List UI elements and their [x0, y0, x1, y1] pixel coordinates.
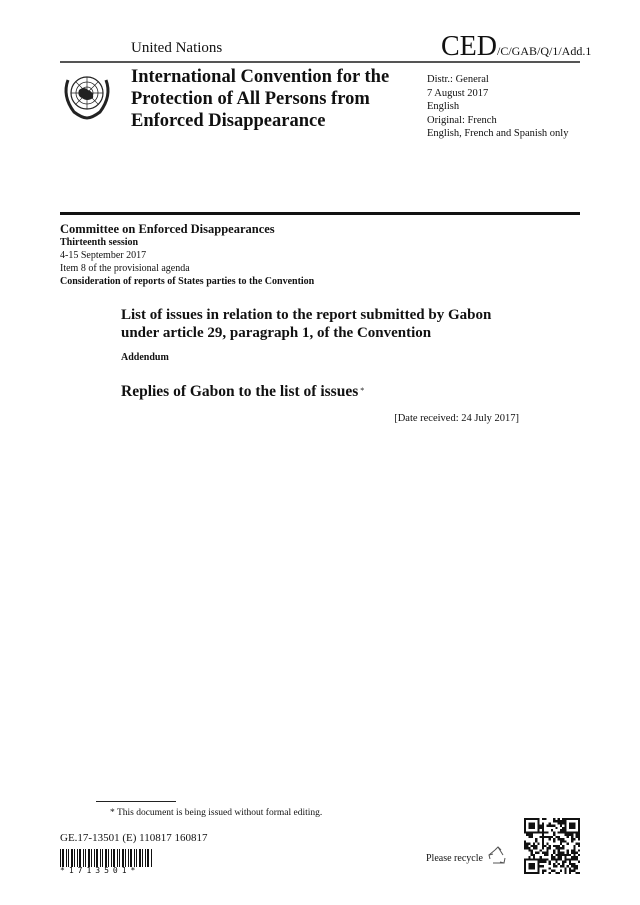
un-emblem-icon	[60, 68, 114, 122]
symbol-suffix: /C/GAB/Q/1/Add.1	[497, 44, 591, 58]
committee-name: Committee on Enforced Disappearances	[60, 222, 275, 237]
section-rule	[60, 212, 580, 215]
replies-text: Replies of Gabon to the list of issues	[121, 383, 358, 400]
document-title: List of issues in relation to the report…	[121, 307, 491, 342]
addendum-label: Addendum	[121, 352, 169, 363]
footnote: * This document is being issued without …	[110, 808, 322, 818]
recycle-label: Please recycle	[426, 853, 483, 864]
session-dates: 4-15 September 2017	[60, 250, 146, 261]
document-number: GE.17-13501 (E) 110817 160817	[60, 832, 207, 844]
distr-date: 7 August 2017	[427, 87, 568, 101]
qr-code-icon	[524, 818, 580, 874]
agenda-title: Consideration of reports of States parti…	[60, 276, 314, 287]
distr-language: English	[427, 100, 568, 114]
replies-heading: Replies of Gabon to the list of issues*	[121, 383, 364, 401]
barcode-text: *1713501*	[60, 866, 139, 875]
date-received: [Date received: 24 July 2017]	[394, 413, 519, 424]
convention-title: International Convention for the Protect…	[131, 66, 391, 132]
title-line-1: List of issues in relation to the report…	[121, 307, 491, 325]
barcode-icon	[60, 849, 152, 867]
symbol-main: CED	[441, 31, 497, 62]
session: Thirteenth session	[60, 237, 138, 248]
agenda-item: Item 8 of the provisional agenda	[60, 263, 190, 274]
footnote-rule	[96, 801, 176, 802]
title-line-2: under article 29, paragraph 1, of the Co…	[121, 325, 491, 343]
distr-line: Distr.: General	[427, 73, 568, 87]
organization-name: United Nations	[131, 40, 222, 57]
distr-original: Original: French	[427, 114, 568, 128]
distribution-block: Distr.: General 7 August 2017 English Or…	[427, 73, 568, 141]
footnote-marker[interactable]: *	[360, 386, 364, 395]
recycle-icon	[487, 846, 509, 866]
header-rule	[60, 61, 580, 63]
distr-languages-only: English, French and Spanish only	[427, 127, 568, 141]
